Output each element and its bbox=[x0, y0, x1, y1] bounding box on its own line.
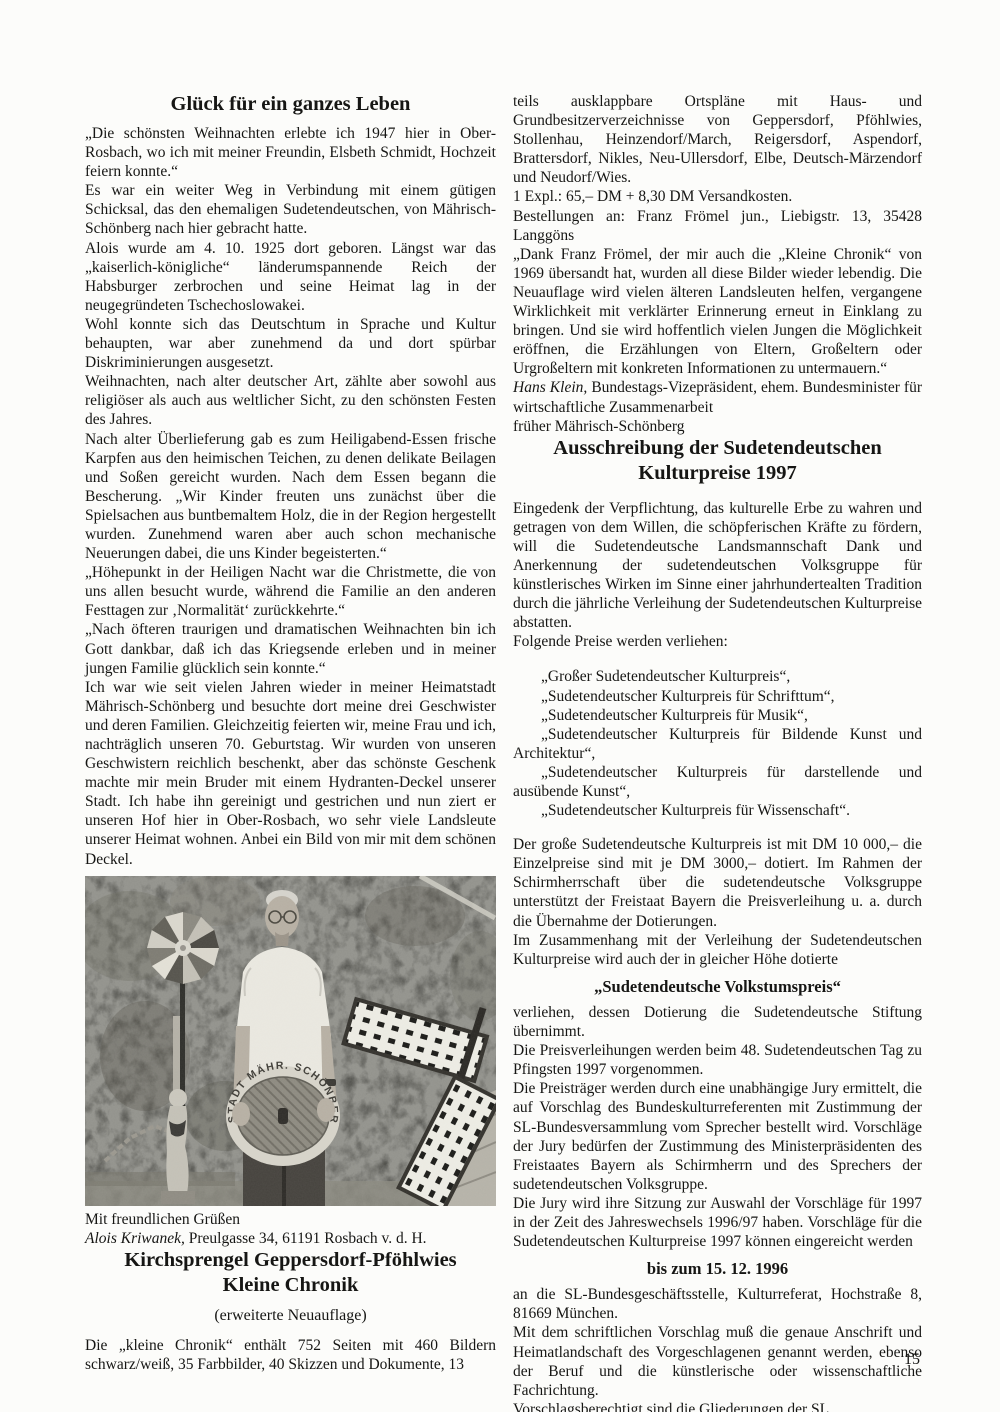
jury-paragraph: Die Preisträger werden durch eine unabhä… bbox=[513, 1079, 922, 1194]
article1-paragraph: Wohl konnte sich das Deutschtum in Sprac… bbox=[85, 315, 496, 372]
announcement-title-line1: Ausschreibung der Sudetendeutschen bbox=[553, 437, 881, 459]
schedule-paragraph: Die Jury wird ihre Sitzung zur Auswahl d… bbox=[513, 1194, 922, 1251]
prize-item: „Sudetendeutscher Kulturpreis für Wissen… bbox=[513, 801, 922, 820]
article2-title-line2: Kleine Chronik bbox=[223, 1274, 359, 1296]
photo-caption-greeting: Mit freundlichen Grüßen bbox=[85, 1210, 496, 1229]
article1-paragraph: „Höhepunkt in der Heiligen Nacht war die… bbox=[85, 563, 496, 620]
quote-paragraph: „Dank Franz Frömel, der mir auch die „Kl… bbox=[513, 245, 922, 379]
article1-paragraph: Es war ein weiter Weg in Verbindung mit … bbox=[85, 181, 496, 238]
article1-paragraph: „Die schönsten Weihnachten erlebte ich 1… bbox=[85, 124, 496, 181]
article2-subtitle: (erweiterte Neuauflage) bbox=[85, 1306, 496, 1325]
garden-photo: STADT MÄHR. SCHÖNBERG bbox=[85, 876, 496, 1206]
scanned-page: Glück für ein ganzes Leben „Die schönste… bbox=[0, 0, 1000, 1412]
prize-item: „Großer Sudetendeutscher Kulturpreis“, bbox=[513, 667, 922, 686]
chronik-continuation-paragraph: teils ausklappbare Ortspläne mit Haus- u… bbox=[513, 92, 922, 187]
byline-origin: früher Mährisch-Schönberg bbox=[513, 417, 922, 436]
ceremony-paragraph: Die Preisverleihungen werden beim 48. Su… bbox=[513, 1041, 922, 1079]
submission-address-paragraph: an die SL-Bundesgeschäftsstelle, Kulturr… bbox=[513, 1285, 922, 1323]
article2-title: Kirchsprengel Geppersdorf-PföhlwiesKlein… bbox=[85, 1248, 496, 1298]
right-column: teils ausklappbare Ortspläne mit Haus- u… bbox=[513, 92, 922, 1412]
garden-photo-illustration: STADT MÄHR. SCHÖNBERG bbox=[85, 876, 496, 1206]
article1-paragraph: Weihnachten, nach alter deutscher Art, z… bbox=[85, 372, 496, 429]
prize-item: „Sudetendeutscher Kulturpreis für Schrif… bbox=[513, 687, 922, 706]
byline-name: Hans Klein, bbox=[513, 379, 587, 396]
page-number: 15 bbox=[904, 1351, 920, 1369]
prize-item: „Sudetendeutscher Kulturpreis für darste… bbox=[513, 763, 922, 801]
article1-paragraph: Ich war wie seit vielen Jahren wieder in… bbox=[85, 678, 496, 869]
byline: Hans Klein, Bundestags-Vizepräsident, eh… bbox=[513, 378, 922, 416]
requirements-paragraph: Mit dem schriftlichen Vorschlag muß die … bbox=[513, 1323, 922, 1399]
article1-paragraph: „Nach öfteren traurigen und dramatischen… bbox=[85, 620, 496, 677]
price-line: 1 Expl.: 65,– DM + 8,30 DM Versandkosten… bbox=[513, 187, 922, 206]
endowment-paragraph: Der große Sudetendeutsche Kulturpreis is… bbox=[513, 835, 922, 930]
eligibility-paragraph: Vorschlagsberechtigt sind die Gliederung… bbox=[513, 1400, 922, 1412]
foundation-paragraph: verliehen, dessen Dotierung die Sudetend… bbox=[513, 1003, 922, 1041]
photo-grain-overlay bbox=[85, 876, 496, 1206]
left-column: Glück für ein ganzes Leben „Die schönste… bbox=[85, 92, 496, 1374]
deadline-heading: bis zum 15. 12. 1996 bbox=[513, 1259, 922, 1278]
announcement-title-line2: Kulturpreise 1997 bbox=[638, 462, 797, 484]
context-paragraph: Im Zusammenhang mit der Verleihung der S… bbox=[513, 931, 922, 969]
photo-caption-signature: Alois Kriwanek, Preulgasse 34, 61191 Ros… bbox=[85, 1229, 496, 1248]
article1-paragraph: Nach alter Überlieferung gab es zum Heil… bbox=[85, 430, 496, 564]
article2-title-line1: Kirchsprengel Geppersdorf-Pföhlwies bbox=[124, 1249, 456, 1271]
signature-address: Preulgasse 34, 61191 Rosbach v. d. H. bbox=[185, 1230, 427, 1247]
announcement-title: Ausschreibung der SudetendeutschenKultur… bbox=[513, 436, 922, 486]
article1-title: Glück für ein ganzes Leben bbox=[85, 92, 496, 117]
article2-paragraph: Die „kleine Chronik“ enthält 752 Seiten … bbox=[85, 1336, 496, 1374]
order-address-line: Bestellungen an: Franz Frömel jun., Lieb… bbox=[513, 207, 922, 245]
prize-item: „Sudetendeutscher Kulturpreis für Musik“… bbox=[513, 706, 922, 725]
prize-item: „Sudetendeutscher Kulturpreis für Bilden… bbox=[513, 725, 922, 763]
signature-name: Alois Kriwanek, bbox=[85, 1230, 185, 1247]
prize-list-lead: Folgende Preise werden verliehen: bbox=[513, 632, 922, 651]
prize-list: „Großer Sudetendeutscher Kulturpreis“, „… bbox=[513, 667, 922, 820]
volkstumspreis-heading: „Sudetendeutsche Volkstumspreis“ bbox=[513, 977, 922, 996]
article1-paragraph: Alois wurde am 4. 10. 1925 dort geboren.… bbox=[85, 239, 496, 315]
announcement-intro: Eingedenk der Verpflichtung, das kulture… bbox=[513, 499, 922, 633]
